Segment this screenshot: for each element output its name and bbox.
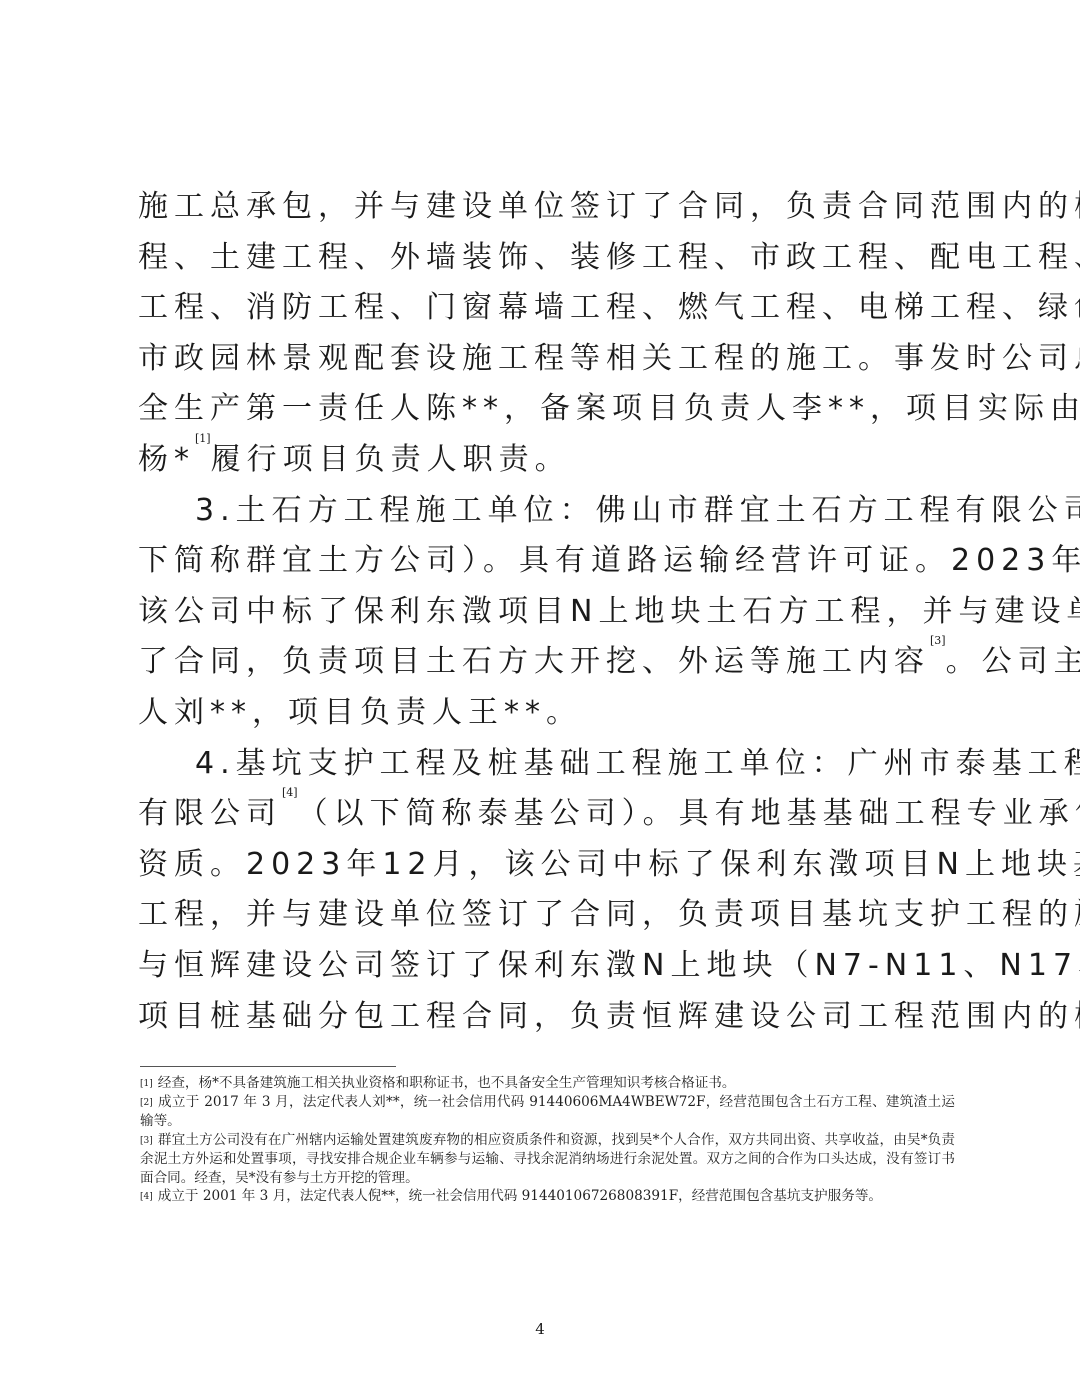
footnote-text: 群宜土方公司没有在广州辖内运输处置建筑废弃物的相应资质条件和资源，找到吴*个人合… <box>140 1132 955 1186</box>
text-line: 程、土建工程、外墙装饰、装修工程、市政工程、配电工程、强弱电 <box>138 233 954 284</box>
footnote-text: 经查，杨*不具备建筑施工相关执业资格和职称证书，也不具备安全生产管理知识考核合格… <box>158 1075 736 1091</box>
text-line: 工程，并与建设单位签订了合同，负责项目基坑支护工程的施工；又 <box>138 890 954 941</box>
text-line: 了合同，负责项目土石方大开挖、外运等施工内容[3]。公司主要负责 <box>138 637 954 688</box>
page-number: 4 <box>0 1320 1080 1338</box>
footnote-mark: [1] <box>140 1079 153 1089</box>
paragraph-earthwork-contractor: 3.土石方工程施工单位：佛山市群宜土石方工程有限公司[2]（以 下简称群宜土方公… <box>138 486 954 739</box>
footnote-mark: [2] <box>140 1098 153 1108</box>
footnote-separator <box>140 1066 396 1067</box>
text-fragment: 。公司主要负责 <box>946 644 1080 679</box>
paragraph-foundation-pit-contractor: 4.基坑支护工程及桩基础工程施工单位：广州市泰基工程技术 有限公司[4]（以下简… <box>138 739 954 1043</box>
body-text: 施工总承包，并与建设单位签订了合同，负责合同范围内的桩基础工 程、土建工程、外墙… <box>138 182 954 1042</box>
text-fragment: 了合同，负责项目土石方大开挖、外运等施工内容 <box>138 644 930 679</box>
text-line: 3.土石方工程施工单位：佛山市群宜土石方工程有限公司[2]（以 <box>138 486 954 537</box>
footnote-3: [3]群宜土方公司没有在广州辖内运输处置建筑废弃物的相应资质条件和资源，找到吴*… <box>140 1131 955 1188</box>
text-fragment: （以下简称泰基公司）。具有地基基础工程专业承包壹级 <box>298 796 1080 831</box>
footnote-2: [2]成立于 2017 年 3 月，法定代表人刘**，统一社会信用代码 9144… <box>140 1093 955 1131</box>
text-line: 项目桩基础分包工程合同，负责恒辉建设公司工程范围内的桩基础施 <box>138 992 954 1043</box>
footnote-text: 成立于 2001 年 3 月，法定代表人倪**，统一社会信用代码 9144010… <box>158 1188 882 1204</box>
text-line: 与恒辉建设公司签订了保利东澂N上地块（N7-N11、N17、N19栋） <box>138 941 954 992</box>
footnote-ref-4[interactable]: [4] <box>282 786 298 799</box>
footnote-4: [4]成立于 2001 年 3 月，法定代表人倪**，统一社会信用代码 9144… <box>140 1187 955 1206</box>
text-line: 杨*[1]履行项目负责人职责。 <box>138 435 954 486</box>
document-page: 施工总承包，并与建设单位签订了合同，负责合同范围内的桩基础工 程、土建工程、外墙… <box>0 0 1080 1398</box>
paragraph-general-contractor: 施工总承包，并与建设单位签订了合同，负责合同范围内的桩基础工 程、土建工程、外墙… <box>138 182 954 486</box>
text-line: 人刘**，项目负责人王**。 <box>138 688 954 739</box>
footnote-ref-1[interactable]: [1] <box>195 432 211 445</box>
text-line: 市政园林景观配套设施工程等相关工程的施工。事发时公司总裁、安 <box>138 334 954 385</box>
text-line: 有限公司[4]（以下简称泰基公司）。具有地基基础工程专业承包壹级 <box>138 789 954 840</box>
text-line: 工程、消防工程、门窗幕墙工程、燃气工程、电梯工程、绿色建筑及 <box>138 283 954 334</box>
text-line: 4.基坑支护工程及桩基础工程施工单位：广州市泰基工程技术 <box>138 739 954 790</box>
text-line: 全生产第一责任人陈**，备案项目负责人李**，项目实际由执行经理 <box>138 384 954 435</box>
text-line: 资质。2023年12月，该公司中标了保利东澂项目N上地块基坑支护 <box>138 840 954 891</box>
text-line: 施工总承包，并与建设单位签订了合同，负责合同范围内的桩基础工 <box>138 182 954 233</box>
text-line: 该公司中标了保利东澂项目N上地块土石方工程，并与建设单位签订 <box>138 587 954 638</box>
footnote-mark: [4] <box>140 1192 153 1202</box>
footnote-1: [1]经查，杨*不具备建筑施工相关执业资格和职称证书，也不具备安全生产管理知识考… <box>140 1074 955 1093</box>
text-fragment: 3.土石方工程施工单位：佛山市群宜土石方工程有限公司 <box>195 493 1080 528</box>
text-fragment: 杨* <box>138 442 195 477</box>
text-fragment: 履行项目负责人职责。 <box>211 442 571 477</box>
footnotes: [1]经查，杨*不具备建筑施工相关执业资格和职称证书，也不具备安全生产管理知识考… <box>140 1074 955 1206</box>
text-line: 下简称群宜土方公司）。具有道路运输经营许可证。2023年12月， <box>138 536 954 587</box>
footnote-text: 成立于 2017 年 3 月，法定代表人刘**，统一社会信用代码 9144060… <box>140 1094 955 1129</box>
text-fragment: 有限公司 <box>138 796 282 831</box>
footnote-ref-3[interactable]: [3] <box>930 634 946 647</box>
footnote-mark: [3] <box>140 1136 153 1146</box>
